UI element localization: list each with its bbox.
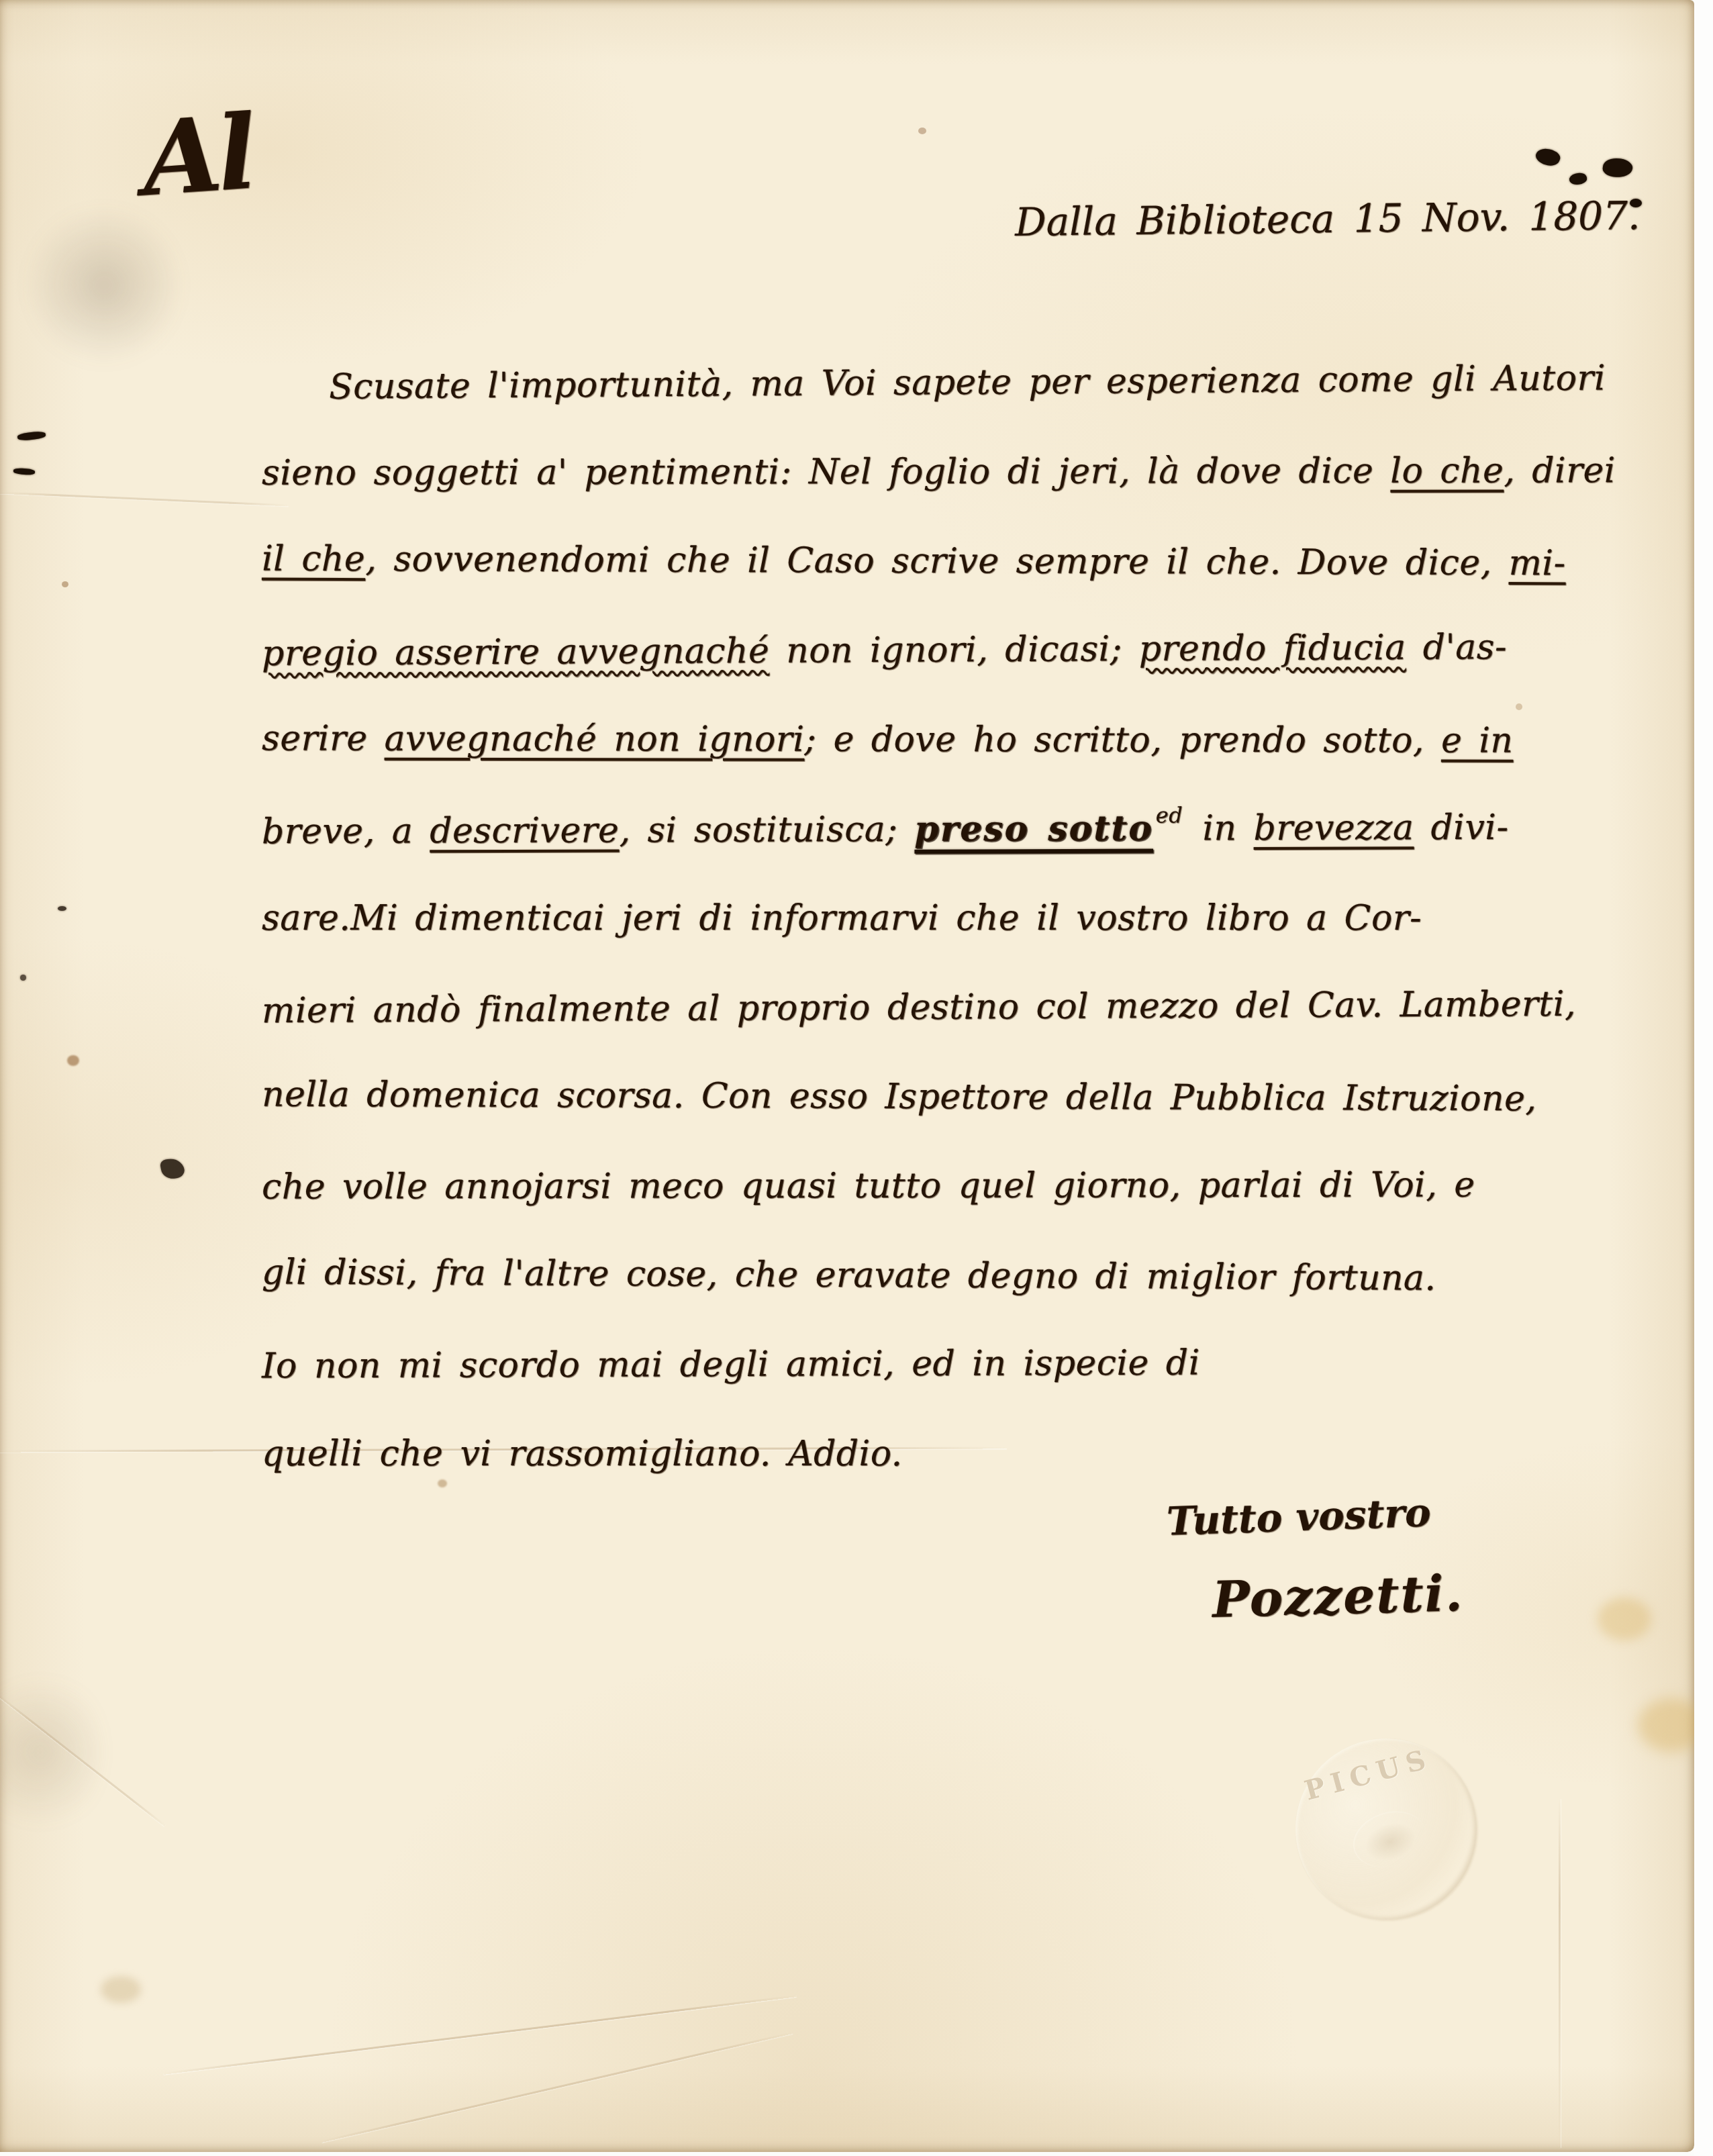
letter-line: quelli che vi rassomigliano. Addio.: [262, 1434, 903, 1474]
closing-salutation: Tutto vostro: [1166, 1489, 1432, 1545]
letter-text-segment: nella domenica scorsa. Con esso Ispettor…: [262, 1075, 1536, 1120]
letter-text-segment: , direi: [1504, 450, 1616, 491]
paper-sheet: Al Dalla Biblioteca 15 Nov. 1807. Scusat…: [0, 0, 1694, 2152]
letter-text-segment: gli dissi, fra l'altre cose, che eravate…: [262, 1252, 1436, 1298]
letter-text-segment: Io non mi scordo mai degli amici, ed in …: [262, 1343, 1200, 1387]
dateline: Dalla Biblioteca 15 Nov. 1807.: [1015, 193, 1641, 245]
letter-text-segment: Scusate l'importunità, ma Voi sapete per…: [329, 358, 1606, 407]
scanner-background-strip: [1694, 0, 1713, 2156]
letter-line: mieri andò finalmente al proprio destino…: [262, 984, 1576, 1031]
letter-line: serire avvegnaché non ignori; e dove ho …: [262, 718, 1513, 761]
letter-text-segment: lo che: [1390, 451, 1504, 491]
letter-line: Scusate l'importunità, ma Voi sapete per…: [329, 358, 1606, 407]
ink-speck: [160, 1157, 186, 1180]
embossed-stamp-text: PICUS: [1302, 1743, 1436, 1807]
fold-crease: [322, 2032, 793, 2143]
letter-text-segment: non ignori, dicasi;: [769, 629, 1139, 671]
foxing-spot: [1598, 1598, 1651, 1640]
foxing-spot: [62, 581, 68, 587]
letter-text-segment: descrivere: [430, 810, 619, 851]
scanned-letter-page: Al Dalla Biblioteca 15 Nov. 1807. Scusat…: [0, 0, 1713, 2156]
ink-blotch: [1602, 156, 1633, 179]
letter-text-segment: sare.: [262, 898, 350, 938]
ink-blotch: [1568, 171, 1588, 187]
bird-emblem: [1346, 1802, 1432, 1876]
ink-smudge: [27, 201, 181, 369]
foxing-spot: [101, 1976, 141, 2003]
foxing-spot: [1516, 703, 1522, 710]
ink-speck: [20, 975, 26, 981]
fold-crease: [0, 492, 289, 507]
letter-text-segment: pregio asserire avvegnaché: [262, 631, 769, 674]
address-mark: Al: [138, 92, 256, 219]
letter-text-segment: serire: [262, 718, 385, 758]
letter-line: che volle annojarsi meco quasi tutto que…: [262, 1165, 1475, 1207]
letter-text-segment: in: [1185, 808, 1253, 848]
fold-crease: [1559, 1799, 1561, 2148]
letter-text-segment: breve, a: [262, 811, 430, 852]
letter-line: sare.Mi dimenticai jeri di informarvi ch…: [262, 898, 1422, 938]
foxing-spot: [438, 1479, 447, 1487]
letter-text-segment: , sovvenendomi che il Caso scrive sempre…: [365, 539, 1509, 583]
ink-blotch: [1534, 146, 1562, 169]
letter-line: pregio asserire avvegnaché non ignori, d…: [262, 627, 1507, 674]
letter-line: Io non mi scordo mai degli amici, ed in …: [262, 1343, 1200, 1387]
paper-smudge: [0, 1665, 101, 1839]
letter-text-segment: ed: [1156, 802, 1183, 828]
letter-text-segment: avvegnaché non ignori: [385, 719, 805, 760]
letter-text-segment: prendo fiducia: [1139, 628, 1406, 669]
fold-crease: [163, 1995, 796, 2075]
letter-text-segment: Mi dimenticai jeri di informarvi che il …: [350, 898, 1422, 938]
letter-text-segment: quelli che vi rassomigliano. Addio.: [262, 1434, 903, 1474]
letter-line: nella domenica scorsa. Con esso Ispettor…: [262, 1075, 1536, 1120]
foxing-spot: [67, 1055, 79, 1066]
letter-text-segment: e in: [1441, 720, 1514, 761]
letter-text-segment: mieri andò finalmente al proprio destino…: [262, 984, 1576, 1031]
ink-speck: [17, 431, 46, 441]
letter-text-segment: sieno soggetti a' pentimenti: Nel foglio…: [262, 451, 1390, 493]
ink-speck: [13, 468, 36, 475]
letter-line: il che, sovvenendomi che il Caso scrive …: [262, 539, 1566, 584]
embossed-stamp: PICUS: [1272, 1715, 1500, 1943]
signature: Pozzetti.: [1212, 1565, 1465, 1629]
letter-line: breve, a descrivere, si sostituisca; pre…: [262, 807, 1509, 852]
letter-text-segment: preso sotto: [914, 808, 1153, 850]
letter-text-segment: ; e dove ho scritto, prendo sotto,: [804, 720, 1441, 761]
foxing-spot: [918, 128, 926, 134]
letter-text-segment: d'as-: [1406, 627, 1507, 668]
letter-line: gli dissi, fra l'altre cose, che eravate…: [262, 1252, 1436, 1298]
letter-text-segment: divi-: [1414, 807, 1508, 848]
letter-text-segment: , si sostituisca;: [619, 810, 914, 851]
ink-speck: [58, 906, 66, 911]
letter-line: sieno soggetti a' pentimenti: Nel foglio…: [262, 450, 1616, 493]
letter-text-segment: brevezza: [1253, 807, 1414, 848]
letter-text-segment: che volle annojarsi meco quasi tutto que…: [262, 1165, 1475, 1207]
letter-text-segment: il che: [262, 539, 365, 580]
letter-text-segment: mi-: [1508, 543, 1565, 583]
